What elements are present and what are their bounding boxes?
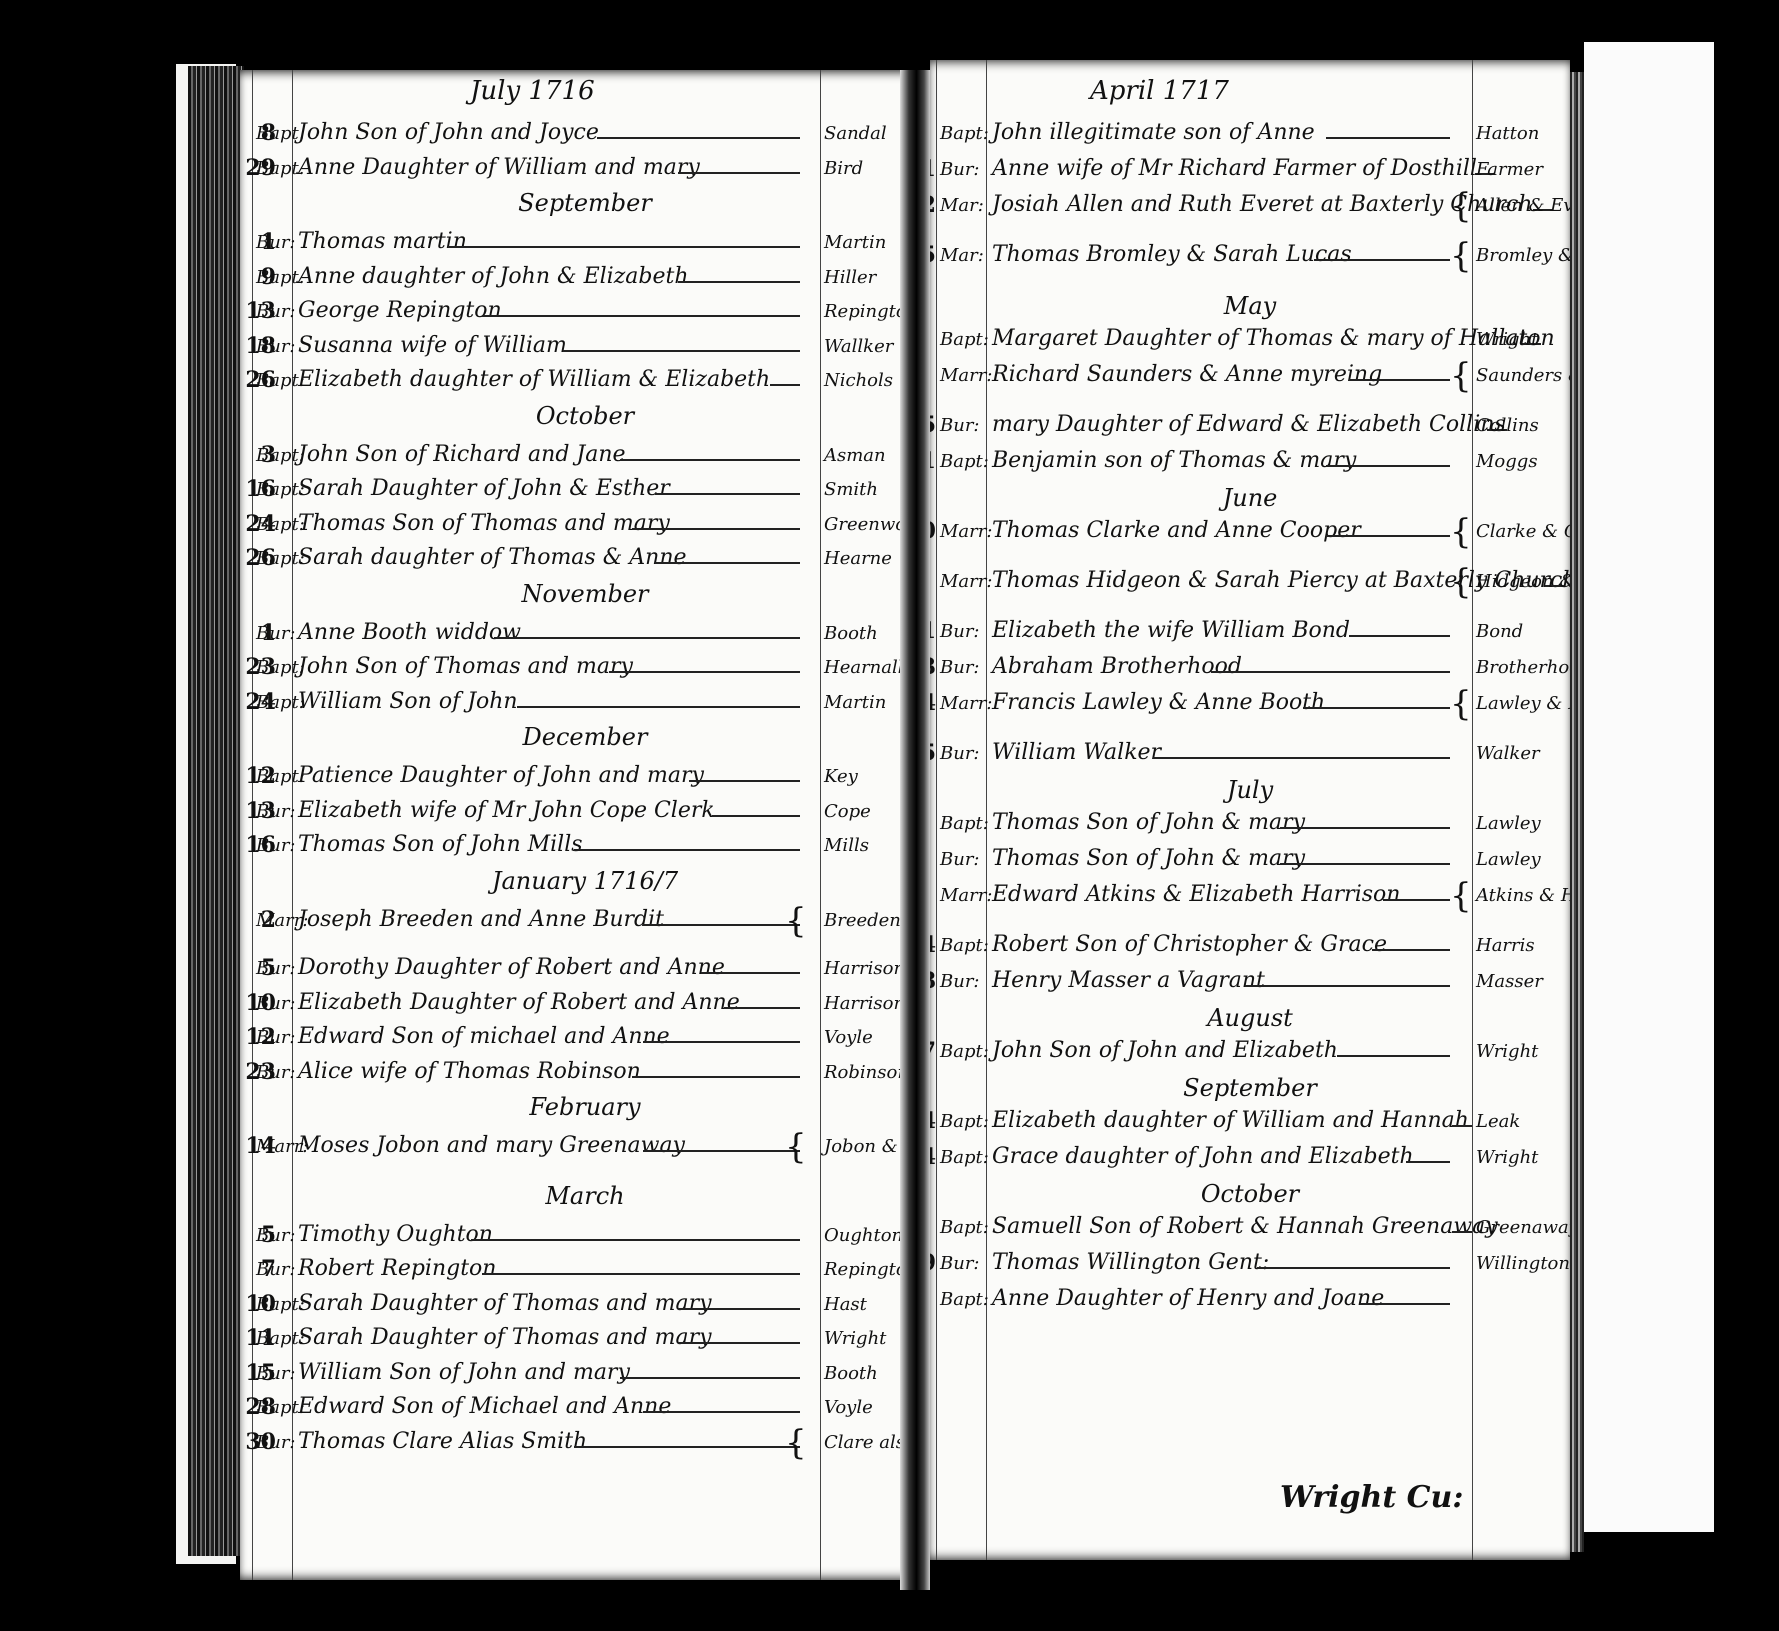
entry-type: Bapt:: [940, 1041, 989, 1062]
surname-margin: Greenaway: [1476, 1217, 1570, 1238]
register-entry: 11Bur:Anne wife of Mr Richard Farmer of …: [930, 156, 1570, 190]
entry-day: 8: [930, 968, 936, 994]
entry-dash-rule: [448, 246, 801, 248]
entry-type: Bur:: [256, 958, 296, 979]
register-entry: 1Bur:Anne Booth widdowBooth: [240, 620, 930, 654]
entry-day: 11: [930, 156, 936, 182]
entry-dash-rule: [712, 815, 800, 817]
entry-dash-rule: [1337, 1055, 1450, 1057]
register-entry: 10Bapt:Sarah Daughter of Thomas and mary…: [240, 1291, 930, 1325]
entry-dash-rule: [1314, 259, 1450, 261]
brace-mark: {: [785, 1423, 807, 1463]
register-entry: 13Bur:George RepingtonRepington: [240, 298, 930, 332]
entry-dash-rule: [724, 1007, 801, 1009]
surname-margin: Booth: [824, 623, 878, 644]
register-entry: 23Bapt:John Son of Thomas and maryHearna…: [240, 654, 930, 688]
month-heading: July: [930, 776, 1570, 804]
month-heading: November: [240, 580, 930, 608]
entry-text: Elizabeth daughter of William and Hannah: [992, 1108, 1469, 1133]
entry-dash-rule: [1211, 671, 1451, 673]
surname-margin: Lawley: [1476, 849, 1541, 870]
entry-dash-rule: [1349, 635, 1451, 637]
entry-type: Bur:: [940, 621, 980, 642]
brace-mark: {: [1450, 356, 1472, 396]
entry-dash-rule: [632, 1076, 801, 1078]
entry-text: mary Daughter of Edward & Elizabeth Coll…: [992, 412, 1506, 437]
surname-margin: Voyle: [824, 1027, 873, 1048]
entry-type: Marr:: [940, 365, 992, 386]
entry-dash-rule: [574, 849, 800, 851]
entry-text: Edward Son of Michael and Anne: [298, 1394, 671, 1419]
register-entry: 5Bur:Dorothy Daughter of Robert and Anne…: [240, 955, 930, 989]
right-page-stack-edge: [1570, 72, 1584, 1552]
surname-margin: Wright: [824, 1328, 886, 1349]
entry-dash-rule: [1406, 1161, 1450, 1163]
brace-mark: {: [1450, 512, 1472, 552]
register-entry: 10Bur:Elizabeth Daughter of Robert and A…: [240, 990, 930, 1024]
entry-dash-rule: [643, 1411, 800, 1413]
brace-mark: {: [1450, 236, 1472, 276]
entry-text: Francis Lawley & Anne Booth: [992, 690, 1325, 715]
entry-type: Mar:: [940, 245, 984, 266]
entry-text: Thomas Clarke and Anne Cooper: [992, 518, 1361, 543]
entry-text: Thomas Son of John & mary: [992, 810, 1305, 835]
surname-margin: Willington: [1476, 1253, 1570, 1274]
register-entry: Marr:Edward Atkins & Elizabeth Harrison{…: [930, 882, 1570, 916]
entry-type: Bur:: [256, 1432, 296, 1453]
entry-dash-rule: [701, 972, 801, 974]
entry-text: Anne Daughter of William and mary: [298, 155, 700, 180]
entry-text: Margaret Daughter of Thomas & mary of Ha…: [992, 326, 1555, 351]
entry-text: Benjamin son of Thomas & mary: [992, 448, 1356, 473]
register-entry: 24Bapt:Thomas Son of Thomas and maryGree…: [240, 511, 930, 545]
entry-text: Elizabeth the wife William Bond: [992, 618, 1350, 643]
register-entry: 4Bapt:Elizabeth daughter of William and …: [930, 1108, 1570, 1142]
surname-margin: Harrison: [824, 958, 905, 979]
entry-type: Marr:: [940, 571, 992, 592]
entry-day: 4: [930, 1144, 936, 1170]
entry-type: Bapt:: [940, 1289, 989, 1310]
surname-margin: Saunders & myreing: [1476, 365, 1570, 386]
register-entry: 12Bur:Edward Son of michael and AnneVoyl…: [240, 1024, 930, 1058]
register-entry: 12Mar:Josiah Allen and Ruth Everet at Ba…: [930, 192, 1570, 226]
month-heading: August: [930, 1004, 1570, 1032]
surname-margin: Masser: [1476, 971, 1543, 992]
register-entry: 25Mar:Thomas Bromley & Sarah Lucas{Broml…: [930, 242, 1570, 276]
register-entry: 2Marr:Joseph Breeden and Anne Burdit{Bre…: [240, 907, 930, 941]
entry-type: Mar:: [940, 195, 984, 216]
surname-margin: Hidgeon & Piercy: [1476, 571, 1570, 592]
entry-type: Bur:: [256, 1225, 296, 1246]
entry-day: 4: [930, 932, 936, 958]
entry-text: Thomas Clare Alias Smith: [298, 1429, 587, 1454]
entry-type: Bapt:: [940, 813, 989, 834]
register-entry: Bapt:Anne Daughter of Henry and Joane: [930, 1286, 1570, 1320]
surname-margin: Cope: [824, 801, 871, 822]
register-entry: 1Bur:Elizabeth the wife William BondBond: [930, 618, 1570, 652]
register-entry: Bapt:Thomas Son of John & maryLawley: [930, 810, 1570, 844]
entry-dash-rule: [1383, 899, 1450, 901]
entry-text: Thomas Son of John & mary: [992, 846, 1305, 871]
surname-margin: Sandal: [824, 123, 887, 144]
surname-margin: Wright: [1476, 1041, 1538, 1062]
register-entry: 5Bur:William WalkerWalker: [930, 740, 1570, 774]
entry-text: Anne wife of Mr Richard Farmer of Dosthi…: [992, 156, 1477, 181]
register-entry: Bapt:Samuell Son of Robert & Hannah Gree…: [930, 1214, 1570, 1248]
month-heading: September: [240, 189, 930, 217]
surname-margin: Allen & Everet: [1476, 195, 1570, 216]
surname-margin: Wright: [1476, 329, 1538, 350]
entry-dash-rule: [1349, 379, 1451, 381]
month-heading: January 1716/7: [240, 867, 930, 895]
entry-day: 9: [930, 1250, 936, 1276]
register-entry: 16Bur:Thomas Son of John MillsMills: [240, 832, 930, 866]
entry-type: Marr:: [940, 885, 992, 906]
entry-type: Bur:: [940, 657, 980, 678]
register-entry: 23Bur:Alice wife of Thomas RobinsonRobin…: [240, 1059, 930, 1093]
entry-day: 21: [930, 448, 936, 474]
surname-margin: Walker: [1476, 743, 1540, 764]
surname-margin: Brotherhood: [1476, 657, 1570, 678]
month-heading: February: [240, 1093, 930, 1121]
entry-dash-rule: [1257, 1267, 1451, 1269]
entry-type: Bapt:: [940, 935, 989, 956]
page-header: April 1717: [1090, 76, 1229, 106]
entry-text: Thomas Son of Thomas and mary: [298, 511, 670, 536]
entry-type: Bur:: [940, 849, 980, 870]
register-entry: 3Bapt:John Son of Richard and JaneAsman: [240, 442, 930, 476]
surname-margin: Nichols: [824, 370, 893, 391]
register-entry: 5Bur:Timothy OughtonOughton: [240, 1222, 930, 1256]
surname-margin: Moggs: [1476, 451, 1538, 472]
register-entry: 26Bapt:Sarah daughter of Thomas & AnneHe…: [240, 545, 930, 579]
register-entry: 29Bapt.Anne Daughter of William and mary…: [240, 155, 930, 189]
entry-text: Edward Son of michael and Anne: [298, 1024, 670, 1049]
entry-dash-rule: [1245, 985, 1450, 987]
entry-text: Edward Atkins & Elizabeth Harrison: [992, 882, 1400, 907]
entry-dash-rule: [471, 1239, 801, 1241]
entry-type: Bapt:: [940, 1111, 989, 1132]
entry-text: William Walker: [992, 740, 1161, 765]
entry-text: William Son of John and mary: [298, 1360, 630, 1385]
entry-text: Sarah Daughter of John & Esther: [298, 476, 670, 501]
entry-day: 7: [930, 1038, 936, 1064]
entry-dash-rule: [1326, 535, 1451, 537]
register-entry: 14Marr:Moses Jobon and mary Greenaway{Jo…: [240, 1133, 930, 1167]
entry-text: John Son of John and Joyce: [298, 120, 599, 145]
register-entry: 7Bur:Robert RepingtonRepington: [240, 1256, 930, 1290]
entry-day: 3: [930, 654, 936, 680]
register-entry: 30Bur:Thomas Clare Alias Smith{Clare als…: [240, 1429, 930, 1463]
entry-dash-rule: [494, 637, 801, 639]
entry-dash-rule: [563, 350, 801, 352]
entry-text: Susanna wife of William: [298, 333, 567, 358]
entry-type: Bur:: [256, 301, 296, 322]
entry-dash-rule: [655, 562, 801, 564]
page-header: July 1716: [470, 76, 595, 106]
entry-dash-rule: [1280, 863, 1451, 865]
entry-text: Anne Booth widdow: [298, 620, 521, 645]
entry-text: Sarah Daughter of Thomas and mary: [298, 1325, 712, 1350]
surname-margin: Bromley & Lucas: [1476, 245, 1570, 266]
entry-type: Bapt:: [940, 1217, 989, 1238]
entry-dash-rule: [1326, 137, 1451, 139]
entry-day: 5: [930, 412, 936, 438]
brace-mark: {: [1450, 876, 1472, 916]
entry-text: Abraham Brotherhood: [992, 654, 1242, 679]
surname-margin: Martin: [824, 692, 886, 713]
brace-mark: {: [785, 1127, 807, 1167]
entry-dash-rule: [689, 780, 800, 782]
entry-type: Marr:: [940, 521, 992, 542]
entry-type: Bur:: [256, 232, 296, 253]
brace-mark: {: [785, 901, 807, 941]
register-entry: 3Bur:Abraham BrotherhoodBrotherhood: [930, 654, 1570, 688]
entry-text: Timothy Oughton: [298, 1222, 493, 1247]
surname-margin: Hearne: [824, 548, 892, 569]
surname-margin: Leak: [1476, 1111, 1520, 1132]
entry-day: 4: [930, 690, 936, 716]
register-entry: 9Bur:Thomas Willington Gent:Willington: [930, 1250, 1570, 1284]
entry-type: Bur:: [256, 1259, 296, 1280]
surname-margin: Lawley & Booth: [1476, 693, 1570, 714]
entry-day: 5: [930, 740, 936, 766]
entry-text: George Repington: [298, 298, 502, 323]
book-gutter: [900, 70, 930, 1590]
brace-mark: {: [1450, 186, 1472, 226]
entry-text: Elizabeth daughter of William & Elizabet…: [298, 367, 770, 392]
entry-dash-rule: [1303, 707, 1451, 709]
register-entry: Marr:Richard Saunders & Anne myreing{Sau…: [930, 362, 1570, 396]
register-entry: 24Bapt:William Son of JohnMartin: [240, 689, 930, 723]
entry-text: Thomas Son of John Mills: [298, 832, 583, 857]
entry-dash-rule: [517, 706, 801, 708]
entry-day: 10: [930, 518, 936, 544]
register-entry: Marr:Thomas Hidgeon & Sarah Piercy at Ba…: [930, 568, 1570, 602]
surname-margin: Bond: [1476, 621, 1523, 642]
entry-type: Bapt:: [940, 329, 989, 350]
entry-text: Joseph Breeden and Anne Burdit: [298, 907, 664, 932]
entry-type: Bur:: [256, 1363, 296, 1384]
surname-margin: Harrison: [824, 993, 905, 1014]
month-heading: October: [930, 1180, 1570, 1208]
entry-dash-rule: [620, 1377, 800, 1379]
surname-margin: Smith: [824, 479, 878, 500]
surname-margin: Key: [824, 766, 858, 787]
entry-dash-rule: [620, 459, 800, 461]
entry-text: Robert Repington: [298, 1256, 496, 1281]
left-register-page: July 17168Bapt.John Son of John and Joyc…: [240, 70, 930, 1580]
surname-margin: Martin: [824, 232, 886, 253]
entry-text: Elizabeth Daughter of Robert and Anne: [298, 990, 740, 1015]
entry-type: Bur:: [256, 623, 296, 644]
surname-margin: Harris: [1476, 935, 1535, 956]
month-heading: December: [240, 723, 930, 751]
entry-text: John illegitimate son of Anne: [992, 120, 1315, 145]
surname-margin: Collins: [1476, 415, 1539, 436]
entry-type: Bapt:: [940, 451, 989, 472]
surname-margin: Voyle: [824, 1397, 873, 1418]
entry-type: Bur:: [256, 801, 296, 822]
entry-dash-rule: [1452, 1231, 1472, 1233]
entry-type: Bur:: [256, 993, 296, 1014]
surname-margin: Hast: [824, 1294, 867, 1315]
entry-text: Alice wife of Thomas Robinson: [298, 1059, 641, 1084]
entry-dash-rule: [1360, 1303, 1450, 1305]
surname-margin: Atkins & Harrison: [1476, 885, 1570, 906]
register-entry: 11Bapt:Sarah Daughter of Thomas and mary…: [240, 1325, 930, 1359]
surname-margin: Wallker: [824, 336, 893, 357]
entry-text: Sarah daughter of Thomas & Anne: [298, 545, 687, 570]
register-entry: 15Bur:William Son of John and maryBooth: [240, 1360, 930, 1394]
register-entry: 18Bur:Susanna wife of WilliamWallker: [240, 333, 930, 367]
surname-margin: Booth: [824, 1363, 878, 1384]
entry-dash-rule: [678, 1308, 801, 1310]
entry-text: John Son of Richard and Jane: [298, 442, 626, 467]
left-page-stack-edge: [188, 66, 244, 1556]
entry-text: Henry Masser a Vagrant: [992, 968, 1265, 993]
entry-dash-rule: [655, 493, 801, 495]
entry-text: Thomas Willington Gent:: [992, 1250, 1269, 1275]
surname-margin: Robinson: [824, 1062, 909, 1083]
entry-dash-rule: [1326, 465, 1451, 467]
entry-type: Bur:: [940, 415, 980, 436]
register-entry: 8Bapt.John Son of John and JoyceSandal: [240, 120, 930, 154]
register-entry: 5Bur:mary Daughter of Edward & Elizabeth…: [930, 412, 1570, 446]
entry-text: Moses Jobon and mary Greenaway: [298, 1133, 685, 1158]
entry-dash-rule: [632, 528, 801, 530]
register-entry: 7Bapt:John Son of John and ElizabethWrig…: [930, 1038, 1570, 1072]
surname-margin: Asman: [824, 445, 886, 466]
entry-type: Bur:: [940, 743, 980, 764]
register-entry: Bapt:Margaret Daughter of Thomas & mary …: [930, 326, 1570, 360]
entry-dash-rule: [1452, 1125, 1472, 1127]
surname-margin: Lawley: [1476, 813, 1541, 834]
entry-text: Anne Daughter of Henry and Joane: [992, 1286, 1384, 1311]
surname-margin: Hearnall: [824, 657, 904, 678]
entry-dash-rule: [1153, 757, 1450, 759]
entry-text: Patience Daughter of John and mary: [298, 763, 704, 788]
entry-text: Thomas martin: [298, 229, 467, 254]
entry-type: Bur:: [940, 971, 980, 992]
surname-margin: Clarke & Cooper: [1476, 521, 1570, 542]
register-entry: 21Bapt:Benjamin son of Thomas & maryMogg…: [930, 448, 1570, 482]
entry-dash-rule: [574, 1446, 800, 1448]
month-heading: September: [930, 1074, 1570, 1102]
register-entry: 9Bapt.Anne daughter of John & ElizabethH…: [240, 264, 930, 298]
entry-type: Bapt:: [940, 123, 989, 144]
register-entry: 26Bapt:Elizabeth daughter of William & E…: [240, 367, 930, 401]
entry-text: Robert Son of Christopher & Grace: [992, 932, 1387, 957]
entry-text: Sarah Daughter of Thomas and mary: [298, 1291, 712, 1316]
register-entry: 4Bapt:Grace daughter of John and Elizabe…: [930, 1144, 1570, 1178]
entry-text: Grace daughter of John and Elizabeth: [992, 1144, 1414, 1169]
register-entry: 10Marr:Thomas Clarke and Anne Cooper{Cla…: [930, 518, 1570, 552]
register-entry: 4Bapt:Robert Son of Christopher & GraceH…: [930, 932, 1570, 966]
entry-dash-rule: [609, 671, 801, 673]
entry-type: Bur:: [940, 159, 980, 180]
entry-type: Bur:: [256, 835, 296, 856]
register-entry: 13Bur:Elizabeth wife of Mr John Cope Cle…: [240, 798, 930, 832]
entry-text: John Son of Thomas and mary: [298, 654, 633, 679]
surname-margin: Mills: [824, 835, 869, 856]
entry-text: Samuell Son of Robert & Hannah Greenaway: [992, 1214, 1498, 1239]
surname-margin: Hiller: [824, 267, 876, 288]
clerk-signature: Wright Cu:: [1280, 1480, 1463, 1515]
surname-margin: Oughton: [824, 1225, 903, 1246]
month-heading: June: [930, 484, 1570, 512]
entry-dash-rule: [482, 315, 800, 317]
month-heading: October: [240, 402, 930, 430]
brace-mark: {: [1450, 684, 1472, 724]
entry-dash-rule: [678, 172, 801, 174]
entry-text: Richard Saunders & Anne myreing: [992, 362, 1382, 387]
surname-margin: Farmer: [1476, 159, 1543, 180]
entry-dash-rule: [678, 281, 801, 283]
register-entry: Bapt:John illegitimate son of AnneHatton: [930, 120, 1570, 154]
entry-dash-rule: [643, 924, 800, 926]
entry-dash-rule: [1372, 949, 1451, 951]
entry-type: Marr:: [940, 693, 992, 714]
entry-text: Thomas Bromley & Sarah Lucas: [992, 242, 1352, 267]
entry-dash-rule: [643, 1150, 800, 1152]
entry-type: Bapt:: [940, 1147, 989, 1168]
right-register-page: April 1717Bapt:John illegitimate son of …: [930, 60, 1570, 1560]
register-entry: 8Bur:Henry Masser a VagrantMasser: [930, 968, 1570, 1002]
entry-text: John Son of John and Elizabeth: [992, 1038, 1338, 1063]
surname-margin: Hatton: [1476, 123, 1539, 144]
month-heading: March: [240, 1182, 930, 1210]
entry-dash-rule: [678, 1342, 801, 1344]
register-entry: 12Bapt:Patience Daughter of John and mar…: [240, 763, 930, 797]
register-entry: 16Bapt:Sarah Daughter of John & EstherSm…: [240, 476, 930, 510]
entry-text: Anne daughter of John & Elizabeth: [298, 264, 689, 289]
entry-day: 1: [930, 618, 936, 644]
entry-text: William Son of John: [298, 689, 518, 714]
entry-type: Bur:: [256, 336, 296, 357]
entry-dash-rule: [643, 1041, 800, 1043]
entry-text: Elizabeth wife of Mr John Cope Clerk: [298, 798, 715, 823]
entry-dash-rule: [597, 137, 800, 139]
brace-mark: {: [1450, 562, 1472, 602]
month-heading: May: [930, 292, 1570, 320]
register-entry: 1Bur:Thomas martinMartin: [240, 229, 930, 263]
entry-dash-rule: [1280, 827, 1451, 829]
register-entry: Bur:Thomas Son of John & maryLawley: [930, 846, 1570, 880]
right-flyleaf: [1584, 42, 1714, 1532]
entry-type: Bur:: [256, 1027, 296, 1048]
entry-type: Bur:: [940, 1253, 980, 1274]
register-entry: 4Marr:Francis Lawley & Anne Booth{Lawley…: [930, 690, 1570, 724]
register-entry: 28Bapt:Edward Son of Michael and AnneVoy…: [240, 1394, 930, 1428]
surname-margin: Bird: [824, 158, 863, 179]
surname-margin: Wright: [1476, 1147, 1538, 1168]
entry-type: Bur:: [256, 1062, 296, 1083]
entry-day: 12: [930, 192, 936, 218]
entry-day: 4: [930, 1108, 936, 1134]
entry-text: Dorothy Daughter of Robert and Anne: [298, 955, 725, 980]
entry-dash-rule: [482, 1273, 800, 1275]
entry-day: 25: [930, 242, 936, 268]
entry-dash-rule: [770, 384, 801, 386]
